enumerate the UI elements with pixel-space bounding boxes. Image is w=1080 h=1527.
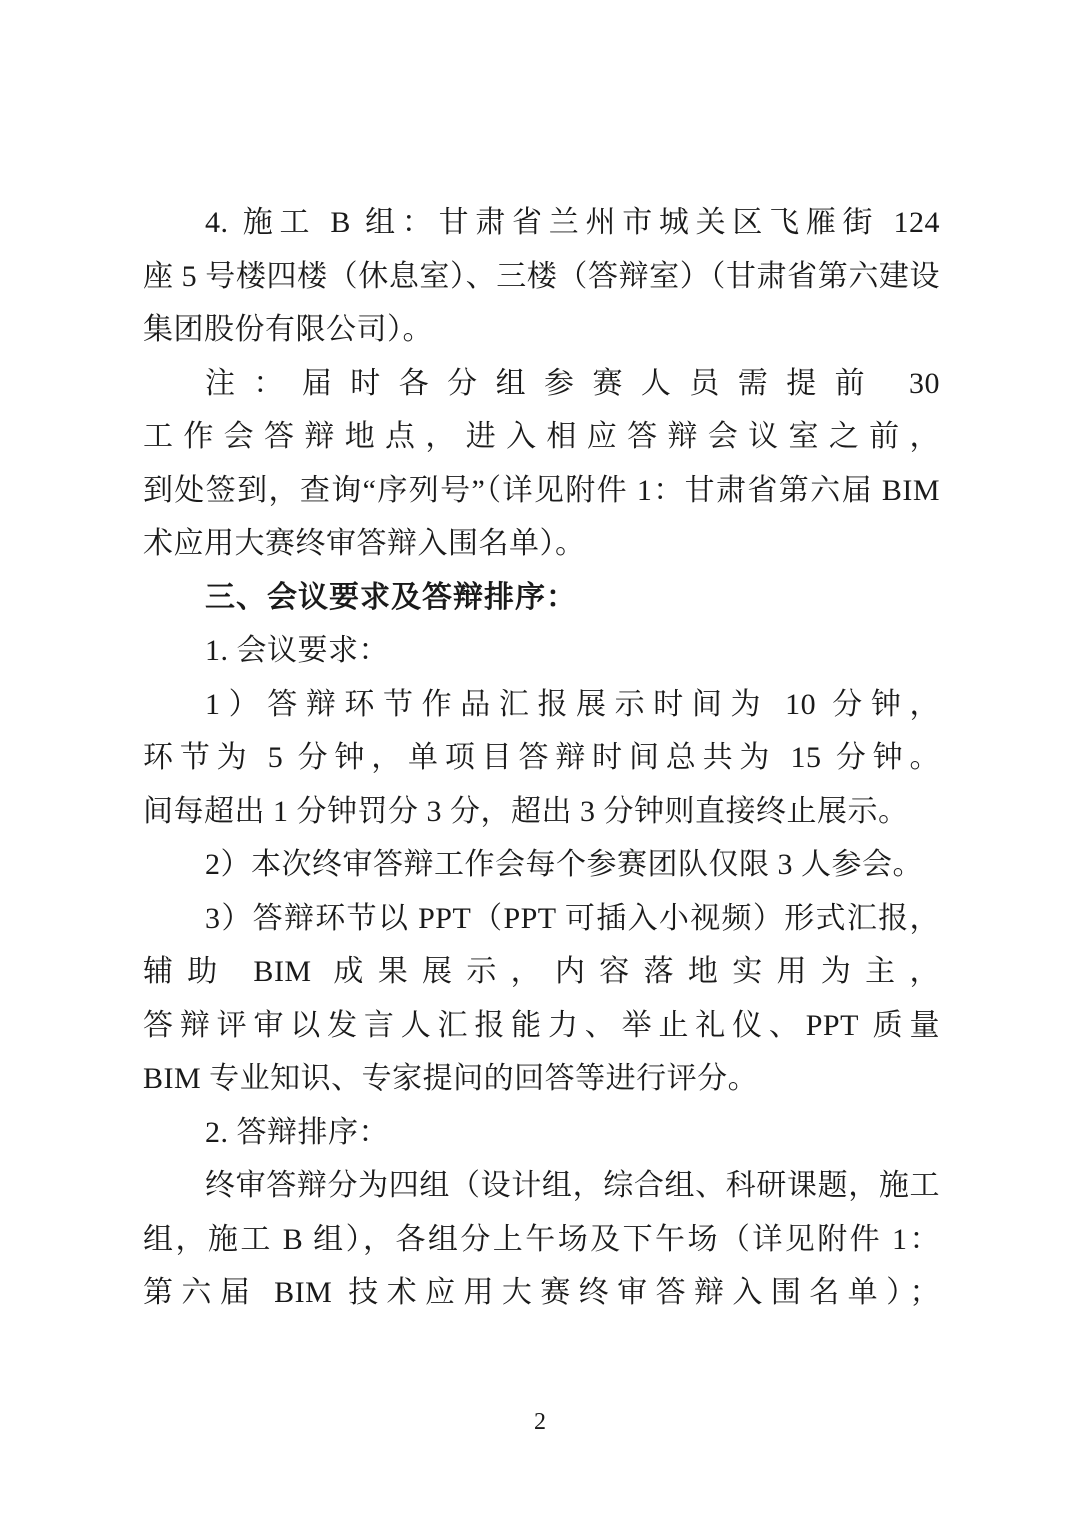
text-line: 3）答辩环节以 PPT（PPT 可插入小视频）形式汇报，视频 xyxy=(143,892,940,946)
text-line: 终审答辩分为四组（设计组，综合组、科研课题，施工 A xyxy=(143,1159,940,1213)
text-line: 答辩评审以发言人汇报能力、举止礼仪、PPT 质量（项目质量）、 xyxy=(143,999,940,1053)
text-line: 工作会答辩地点，进入相应答辩会议室之前，参赛人员请于签 xyxy=(143,410,940,464)
text-line: 组，施工 B 组），各组分上午场及下午场（详见附件 1：甘肃省 xyxy=(143,1213,940,1267)
text-line: 2. 答辩排序： xyxy=(143,1106,940,1160)
text-line: 4. 施工 B 组：甘肃省兰州市城关区飞雁街 124 号陇星园区 B xyxy=(143,196,940,250)
text-line: 术应用大赛终审答辩入围名单）。 xyxy=(143,517,940,571)
text-line: 到处签到，查询“序列号”（详见附件 1：甘肃省第六届 BIM 技 xyxy=(143,464,940,518)
text-line: 座 5 号楼四楼（休息室）、三楼（答辩室）（甘肃省第六建设 xyxy=(143,250,940,304)
text-line: 间每超出 1 分钟罚分 3 分，超出 3 分钟则直接终止展示。 xyxy=(143,785,940,839)
section-heading: 三、会议要求及答辩排序： xyxy=(143,571,940,625)
text-line: 第六届 BIM 技术应用大赛终审答辩入围名单）；各组答辩排序 xyxy=(143,1266,940,1320)
text-line: 2）本次终审答辩工作会每个参赛团队仅限 3 人参会。 xyxy=(143,838,940,892)
document-page: 4. 施工 B 组：甘肃省兰州市城关区飞雁街 124 号陇星园区 B座 5 号楼… xyxy=(0,0,1080,1527)
page-number: 2 xyxy=(0,1406,1080,1438)
text-line: BIM 专业知识、专家提问的回答等进行评分。 xyxy=(143,1052,940,1106)
text-line: 集团股份有限公司）。 xyxy=(143,303,940,357)
document-body: 4. 施工 B 组：甘肃省兰州市城关区飞雁街 124 号陇星园区 B座 5 号楼… xyxy=(143,196,940,1320)
text-line: 环节为 5 分钟，单项目答辩时间总共为 15 分钟。如汇报展示时 xyxy=(143,731,940,785)
text-line: 1. 会议要求： xyxy=(143,624,940,678)
text-line: 注：届时各分组参赛人员需提前 30 分钟进入对应终审答辩 xyxy=(143,357,940,411)
text-line: 辅助 BIM 成果展示，内容落地实用为主，不能直接播放视频。 xyxy=(143,945,940,999)
text-line: 1）答辩环节作品汇报展示时间为 10 分钟，专家评委提问 xyxy=(143,678,940,732)
